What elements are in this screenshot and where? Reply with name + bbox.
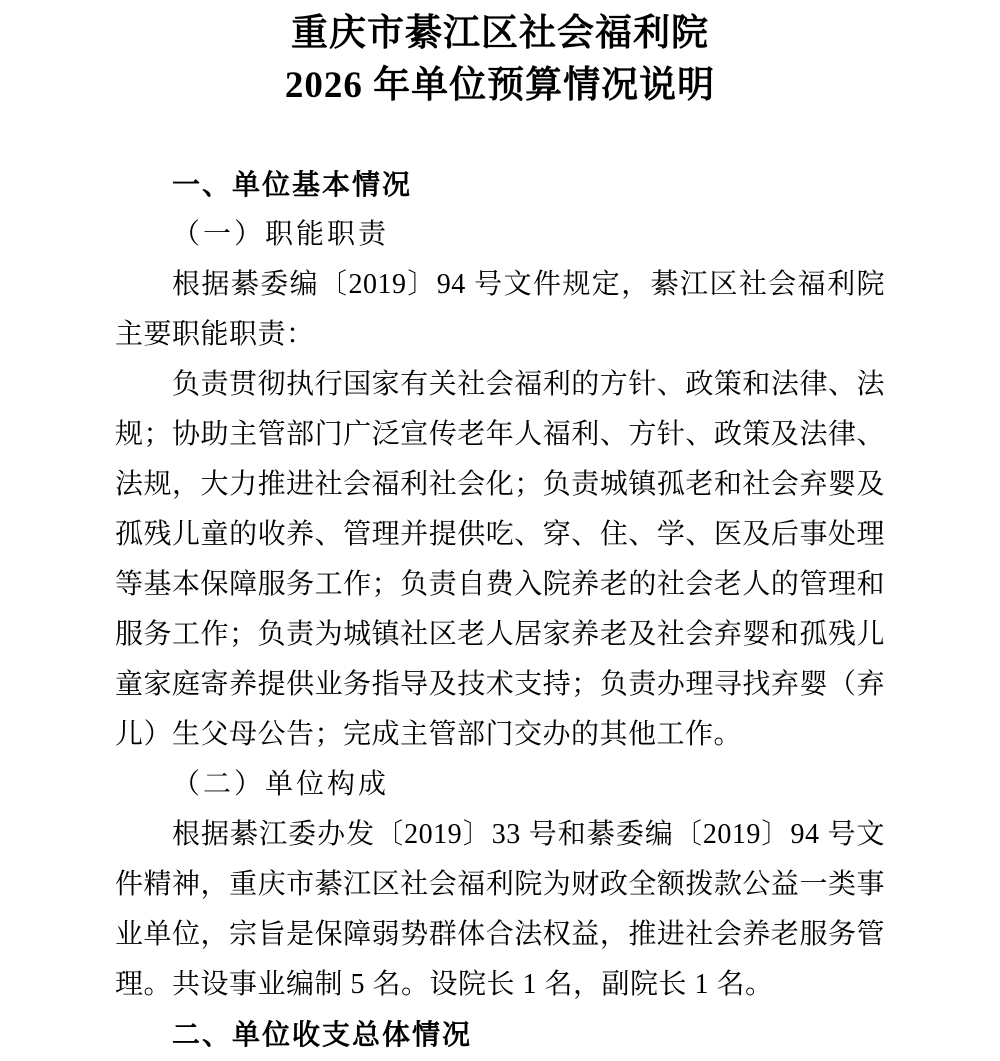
- paragraph-unit-composition-detail: 根据綦江委办发〔2019〕33 号和綦委编〔2019〕94 号文件精神，重庆市綦…: [115, 810, 885, 1010]
- document-body: 一、单位基本情况 （一）职能职责 根据綦委编〔2019〕94 号文件规定，綦江区…: [115, 160, 885, 1060]
- subsection-heading-unit-composition: （二）单位构成: [115, 760, 885, 810]
- document-title-line1: 重庆市綦江区社会福利院: [115, 8, 885, 60]
- section-heading-revenue-expenditure-overview: 二、单位收支总体情况: [115, 1010, 885, 1060]
- document-page: 重庆市綦江区社会福利院 2026 年单位预算情况说明 一、单位基本情况 （一）职…: [0, 0, 1000, 1061]
- paragraph-duties-detail: 负责贯彻执行国家有关社会福利的方针、政策和法律、法规；协助主管部门广泛宣传老年人…: [115, 360, 885, 760]
- paragraph-duties-basis: 根据綦委编〔2019〕94 号文件规定，綦江区社会福利院主要职能职责：: [115, 260, 885, 360]
- document-title-line2: 2026 年单位预算情况说明: [115, 60, 885, 112]
- section-heading-unit-basic-info: 一、单位基本情况: [115, 160, 885, 210]
- document-title: 重庆市綦江区社会福利院 2026 年单位预算情况说明: [115, 8, 885, 112]
- subsection-heading-duties: （一）职能职责: [115, 210, 885, 260]
